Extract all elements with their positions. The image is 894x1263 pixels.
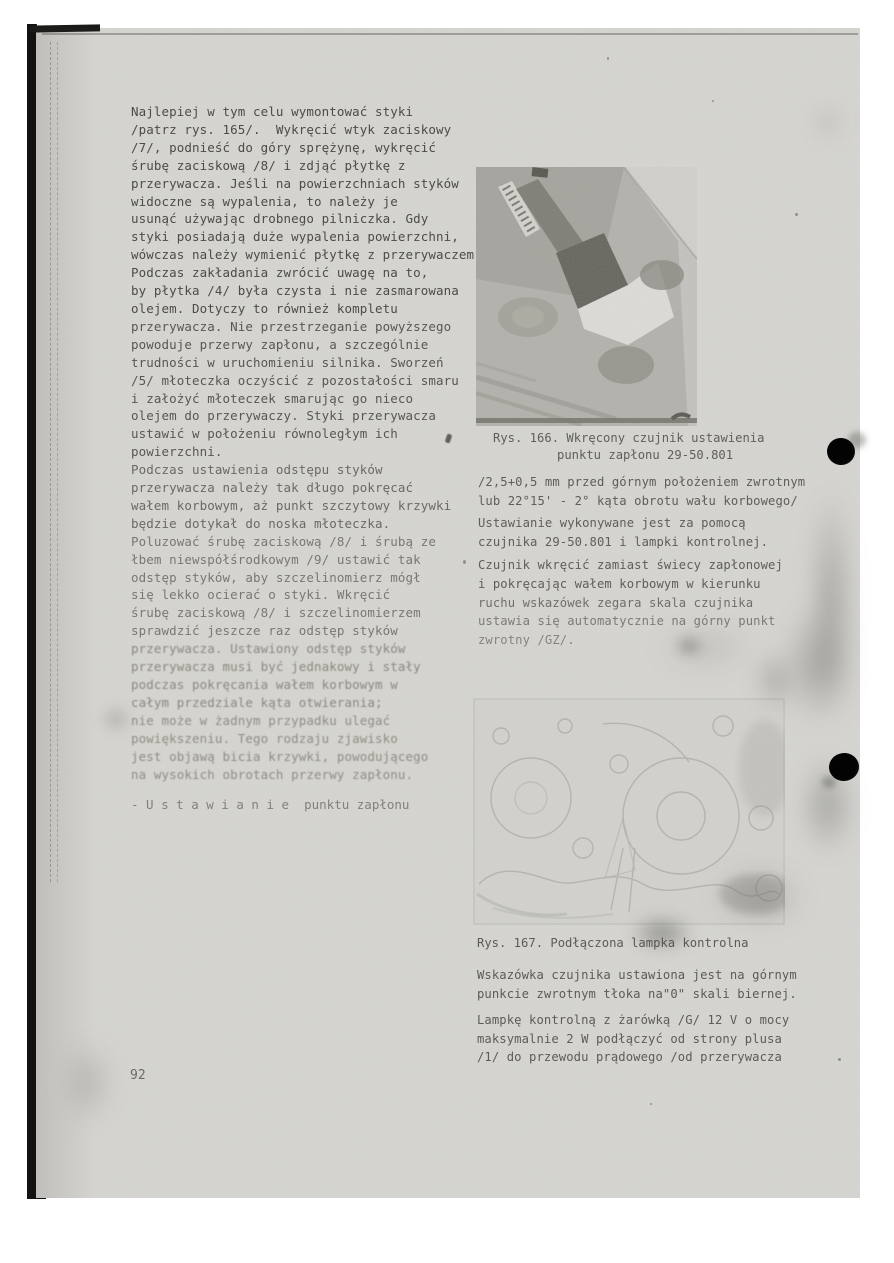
stain-smudge xyxy=(668,630,710,662)
section-heading: - U s t a w i a n i e punktu zapłonu xyxy=(131,797,409,812)
text-line: trudności w uruchomieniu silnika. Sworze… xyxy=(131,354,493,372)
text-line: przerywacza musi być jednakowy i stały xyxy=(131,658,493,676)
text-line: olejem. Dotyczy to również kompletu xyxy=(131,300,493,318)
left-text-column: Najlepiej w tym celu wymontować styki/pa… xyxy=(131,103,493,783)
bottom-right-paragraph-2: Lampkę kontrolną z żarówką /G/ 12 V o mo… xyxy=(477,1011,789,1067)
text-line: przerywacza. Nie przestrzeganie powyższe… xyxy=(131,318,493,336)
text-line: czujnika 29-50.801 i lampki kontrolnej. xyxy=(478,533,768,552)
right-column-paragraph-1: /2,5+0,5 mm przed górnym położeniem zwro… xyxy=(478,473,805,511)
ink-speck xyxy=(463,560,466,564)
stain-smudge xyxy=(50,1025,125,1140)
text-line: Czujnik wkręcić zamiast świecy zapłonowe… xyxy=(478,556,783,575)
text-line: powierzchni. xyxy=(131,443,493,461)
text-line: /5/ młoteczka oczyścić z pozostałości sm… xyxy=(131,372,493,390)
ink-speck xyxy=(650,1103,652,1105)
figure-166-photo xyxy=(476,167,697,426)
stain-smudge xyxy=(805,95,850,150)
text-line: maksymalnie 2 W podłączyć od strony plus… xyxy=(477,1030,789,1049)
page-crease-line xyxy=(50,42,58,882)
text-line: się lekko ocierać o styki. Wkręcić xyxy=(131,586,493,604)
text-line: /1/ do przewodu prądowego /od przerywacz… xyxy=(477,1048,789,1067)
ink-speck xyxy=(838,1058,841,1061)
text-line: przerywacza. Jeśli na powierzchniach sty… xyxy=(131,175,493,193)
text-line: przerywacza. Ustawiony odstęp styków xyxy=(131,640,493,658)
text-line: wałem korbowym, aż punkt szczytowy krzyw… xyxy=(131,497,493,515)
text-line: Podczas zakładania zwrócić uwagę na to, xyxy=(131,264,493,282)
text-line: Poluzować śrubę zaciskową /8/ i śrubą ze xyxy=(131,533,493,551)
stain-smudge xyxy=(700,858,820,936)
text-line: Lampkę kontrolną z żarówką /G/ 12 V o mo… xyxy=(477,1011,789,1030)
text-line: jest objawą bicia krzywki, powodującego xyxy=(131,748,493,766)
text-line: podczas pokręcania wałem korbowym w xyxy=(131,676,493,694)
stain-smudge xyxy=(95,700,137,738)
text-line: powiększeniu. Tego rodzaju zjawisko xyxy=(131,730,493,748)
right-column-paragraph-2: Ustawianie wykonywane jest za pomocączuj… xyxy=(478,514,768,552)
page-top-edge-line xyxy=(42,33,858,35)
figure-167-caption: Rys. 167. Podłączona lampka kontrolna xyxy=(477,936,749,950)
page-top-corner-shadow xyxy=(30,24,100,32)
text-line: styki posiadają duże wypalenia powierzch… xyxy=(131,228,493,246)
text-line: /patrz rys. 165/. Wykręcić wtyk zaciskow… xyxy=(131,121,493,139)
text-line: lub 22°15' - 2° kąta obrotu wału korbowe… xyxy=(478,492,805,511)
text-line: wówczas należy wymienić płytkę z przeryw… xyxy=(131,246,493,264)
text-line: powoduje przerwy zapłonu, a szczególnie xyxy=(131,336,493,354)
text-line: Najlepiej w tym celu wymontować styki xyxy=(131,103,493,121)
text-line: by płytka /4/ była czysta i nie zasmarow… xyxy=(131,282,493,300)
text-line: będzie dotykał do noska młoteczka. xyxy=(131,515,493,533)
text-line: punkcie zwrotnym tłoka na"0" skali biern… xyxy=(477,985,797,1004)
text-line: Wskazówka czujnika ustawiona jest na gór… xyxy=(477,966,797,985)
text-line: całym przedziale kąta otwierania; xyxy=(131,694,493,712)
page-left-shading xyxy=(36,28,96,1198)
ink-speck xyxy=(712,100,714,102)
text-line: /7/, podnieść do góry sprężynę, wykręcić xyxy=(131,139,493,157)
text-line: i założyć młoteczek smarując go nieco xyxy=(131,390,493,408)
scanned-document-page: Najlepiej w tym celu wymontować styki/pa… xyxy=(0,0,894,1263)
text-line: łbem niewspółśrodkowym /9/ ustawić tak xyxy=(131,551,493,569)
text-line: i pokręcając wałem korbowym w kierunku xyxy=(478,575,783,594)
text-line: ustawić w położeniu równoległym ich xyxy=(131,425,493,443)
stain-smudge xyxy=(618,908,706,958)
text-line: odstęp styków, aby szczelinomierz mógł xyxy=(131,569,493,587)
text-line: olejem do przerywaczy. Styki przerywacza xyxy=(131,407,493,425)
text-line: na wysokich obrotach przerwy zapłonu. xyxy=(131,766,493,784)
text-line: śrubę zaciskową /8/ i szczelinomierzem xyxy=(131,604,493,622)
text-line: widoczne są wypalenia, to należy je xyxy=(131,193,493,211)
text-line: Podczas ustawienia odstępu styków xyxy=(131,461,493,479)
text-line: śrubę zaciskową /8/ i zdjąć płytkę z xyxy=(131,157,493,175)
text-line: Ustawianie wykonywane jest za pomocą xyxy=(478,514,768,533)
figure-166-caption-line1: Rys. 166. Wkręcony czujnik ustawienia xyxy=(493,431,765,445)
ink-speck xyxy=(607,57,609,60)
page-number: 92 xyxy=(130,1068,146,1083)
text-line: sprawdzić jeszcze raz odstęp styków xyxy=(131,622,493,640)
ink-speck xyxy=(795,213,798,216)
text-line: przerywacza należy tak długo pokręcać xyxy=(131,479,493,497)
figure-166-caption-line2: punktu zapłonu 29-50.801 xyxy=(557,448,733,462)
text-line: usunąć używając drobnego pilniczka. Gdy xyxy=(131,210,493,228)
text-line: nie może w żadnym przypadku ulegać xyxy=(131,712,493,730)
text-line: ruchu wskazówek zegara skala czujnika xyxy=(478,594,783,613)
text-line: /2,5+0,5 mm przed górnym położeniem zwro… xyxy=(478,473,805,492)
